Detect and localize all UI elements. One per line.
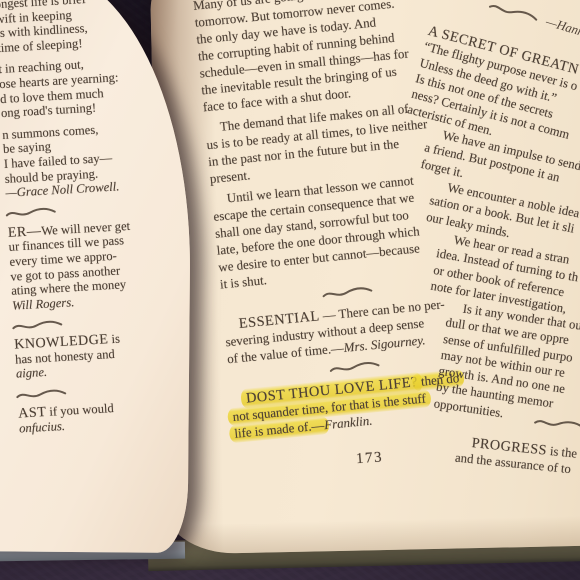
book-photo-scene: Many of us are going to do great thingst…: [0, 0, 580, 580]
text-run: Franklin.: [324, 414, 373, 433]
paragraph: n summons comes,be sayingI have failed t…: [2, 115, 193, 201]
text-run: aigne.: [16, 365, 48, 381]
divider-squiggle-icon: [11, 318, 64, 333]
book-left-page-lifted: ongest life is briefwift in keepingts wi…: [0, 0, 193, 553]
text-run: present.: [209, 168, 251, 186]
paragraph: ER—We will never getur finances till we …: [7, 212, 192, 313]
left-page-text-column: ongest life is briefwift in keepingts wi…: [0, 0, 193, 443]
divider-squiggle-icon: [321, 283, 374, 300]
text-run: is the: [546, 444, 578, 461]
paragraph: ongest life is briefwift in keepingts wi…: [0, 0, 193, 56]
text-run: is: [108, 332, 120, 347]
paragraph: PROGRESS is theand the assurance of to: [454, 434, 580, 489]
page-number: 173: [356, 449, 384, 468]
divider-squiggle-icon: [15, 386, 68, 401]
divider-squiggle-icon: [4, 205, 57, 220]
page-right-text-column: ecution. —HannahA SECRET OF GREATN“The f…: [416, 0, 580, 471]
paragraph: t in reaching out,ose hearts are yearnin…: [0, 49, 193, 121]
book-right-page: Many of us are going to do great thingst…: [150, 0, 580, 555]
section-divider: [533, 414, 580, 444]
text-run: it is shut.: [219, 273, 267, 291]
paragraph: KNOWLEDGE ishas not honesty andaigne.: [14, 325, 193, 382]
text-run: Will Rogers.: [12, 295, 75, 313]
divider-squiggle-icon: [328, 358, 381, 375]
text-run: onfucius.: [19, 419, 66, 436]
